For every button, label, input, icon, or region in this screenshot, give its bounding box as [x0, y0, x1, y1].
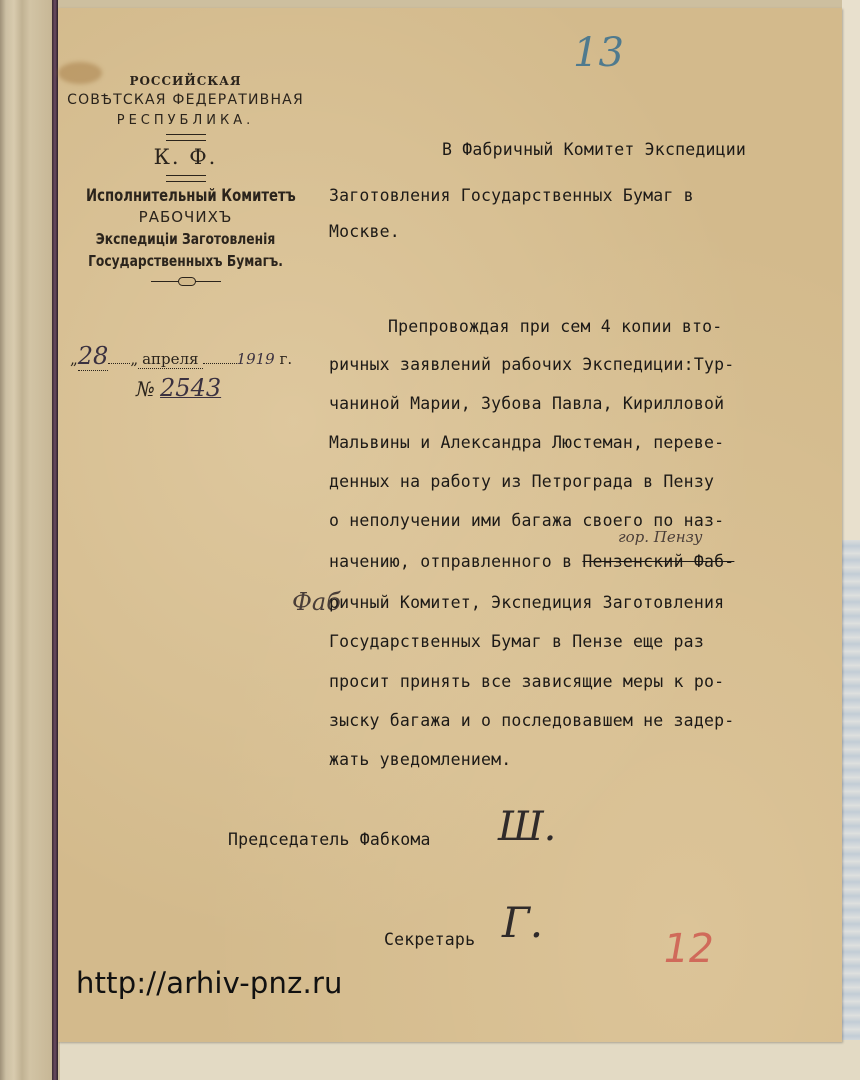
body-line: Государственных Бумаг в Пензе еще раз [329, 632, 704, 652]
body-line: чаниной Марии, Зубова Павла, Кирилловой [329, 394, 724, 414]
chairman-label: Председатель Фабкома [228, 830, 431, 850]
folder-left-pages [0, 0, 58, 1080]
letterhead-workers: РАБОЧИХЪ [58, 208, 313, 226]
date-suffix: г. [280, 350, 293, 368]
addressee-line-1: В Фабричный Комитет Экспедиции [442, 140, 746, 160]
red-pencil-folio-number: 12 [659, 926, 718, 972]
date-dots [108, 363, 130, 364]
body-line: Препровождая при сем 4 копии вто- [388, 317, 722, 337]
chairman-signature: Ш. [498, 804, 556, 850]
document-number: № 2543 [136, 374, 221, 402]
addressee-line-3: Москве. [329, 222, 400, 242]
struck-out-text: Пензенский Фаб- [582, 552, 734, 571]
letterhead-state-papers: Государственныхъ Бумагъ. [81, 252, 290, 270]
secretary-label: Секретарь [384, 930, 475, 950]
handwritten-insertion: гор. Пензу [618, 528, 702, 546]
secretary-signature: Г. [502, 898, 543, 947]
document-page: 13 РОССИЙСКАЯ СОВѢТСКАЯ ФЕДЕРАТИВНАЯ РЕС… [58, 8, 842, 1042]
number-value: 2543 [160, 374, 221, 402]
date-month: апреля [138, 350, 202, 369]
letterhead-expedition: Экспедиціи Заготовленія [81, 230, 290, 248]
body-line: Мальвины и Александра Люстеман, переве- [329, 433, 724, 453]
letterhead-russian: РОССИЙСКАЯ [58, 74, 313, 88]
next-sheet-edge [842, 0, 860, 1080]
letterhead-soviet-federative: СОВѢТСКАЯ ФЕДЕРАТИВНАЯ [58, 92, 313, 108]
ornament-divider [151, 276, 221, 286]
date-day: 28 [78, 342, 109, 371]
blue-lined-sheet-edge [842, 540, 860, 1040]
letterhead: РОССИЙСКАЯ СОВѢТСКАЯ ФЕДЕРАТИВНАЯ РЕСПУБ… [58, 74, 313, 286]
letterhead-republic: РЕСПУБЛИКА. [58, 113, 313, 128]
underlying-page [60, 1040, 860, 1080]
date-dots [203, 363, 237, 364]
body-line: начению, отправленного в Пензенский Фаб- [329, 552, 734, 572]
body-line: жать уведомлением. [329, 750, 511, 770]
body-line: денных на работу из Петрограда в Пензу [329, 472, 714, 492]
body-line: зыску багажа и о последовавшем не задер- [329, 711, 734, 731]
body-line: ричных заявлений рабочих Экспедиции:Тур- [329, 355, 734, 375]
date-line: „28„апреля1919 г. [70, 342, 320, 371]
body-line-text: начению, отправленного в [329, 552, 572, 571]
date-year: 1919 [237, 350, 275, 368]
body-line: ричный Комитет, Экспедиция Заготовления [329, 593, 724, 613]
archive-watermark-url: http://arhiv-pnz.ru [76, 966, 343, 1000]
addressee-line-2: Заготовления Государственных Бумаг в [329, 186, 694, 206]
body-line: просит принять все зависящие меры к ро- [329, 672, 724, 692]
date-close-quote: „ [130, 350, 138, 368]
blue-pencil-sheet-number: 13 [573, 30, 624, 76]
date-open-quote: „ [70, 350, 78, 368]
double-rule [166, 175, 206, 182]
letterhead-committee: Исполнительный Комитетъ [86, 186, 285, 206]
number-sign: № [136, 377, 155, 401]
double-rule [166, 134, 206, 141]
letterhead-initials: К. Ф. [58, 145, 313, 169]
